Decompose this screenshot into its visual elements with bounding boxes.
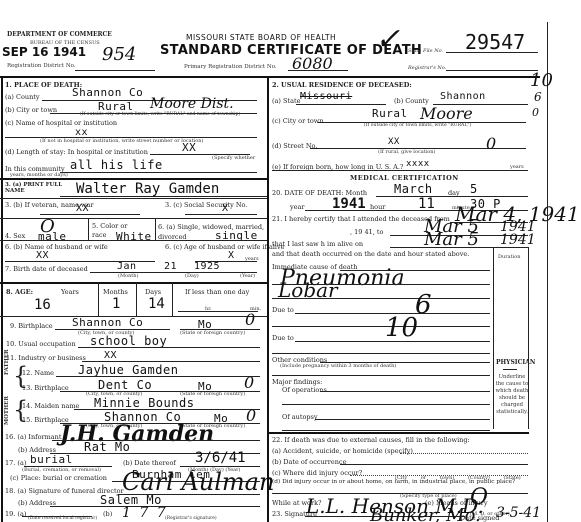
veteran-value: XX [76,203,89,214]
autopsy-label: Of autopsy [282,413,318,421]
age-years-value: 16 [34,297,51,313]
usual-residence-heading: 2. USUAL RESIDENCE OF DECEASED: [272,81,412,89]
residence-city-value: Rural [372,107,408,120]
burial-value: burial [30,453,73,466]
death-city-note: (If outside city or town limits, write "… [80,112,240,117]
father-side-label: FATHER [4,349,10,375]
birth-year-note: (Year) [240,273,255,279]
birth-month-value: Jan [117,261,137,272]
father-birthplace-value: Dent Co [98,378,152,392]
sex-value: male [38,230,67,243]
age-months-value: 1 [112,296,120,312]
birthplace-mark: 0 [245,310,255,329]
less-than-day-label: If less than one day [185,288,249,296]
residence-county-value: Shannon [440,91,486,102]
birthplace-label: 9. Birthplace [10,322,53,330]
residence-state-value: Missouri [300,91,352,102]
stay-label: (d) Length of stay: In hospital or insti… [5,148,148,156]
board-label: MISSOURI STATE BOARD OF HEALTH [186,33,336,42]
physician-note: Underline the cause to which death shoul… [495,374,529,416]
social-security-value: X [222,203,229,214]
external-causes-label: 22. If death was due to external causes,… [272,436,470,444]
mother-maiden-label: 14. Maiden name [22,402,79,410]
mother-maiden-value: Minnie Bounds [94,396,194,410]
attended-to-label: , 19 41, to [350,228,383,236]
registrar-b-label: (b) [103,510,112,518]
color-value: White [116,230,152,243]
birth-month-note: (Month) [118,273,138,279]
mother-side-label: MOTHER [4,396,10,425]
sex-label: 4. Sex [5,232,25,240]
physician-label: PHYSICIAN [496,359,535,366]
informant-address-value: Rat Mo [84,440,130,454]
burial-note: (Burial, cremation, or removal) [22,467,101,473]
last-seen-year: 1941 [500,232,536,248]
death-county-label: (a) County [5,93,40,101]
death-county-value: Shannon Co [72,86,143,99]
occurrence-date-label: (b) Date of occurrence [272,458,346,466]
registration-district-label: Registration District No. [7,63,76,69]
registration-district-value: 954 [102,44,136,65]
death-year-label: year [290,203,305,211]
last-seen-label: that I last saw h im alive on [272,240,363,248]
state-file-label: State File No. [408,48,443,54]
birth-day-note: (Day) [185,273,199,279]
registrar-no-label: Registrar's No. [408,65,446,71]
residence-street-note: (If rural, give location) [378,149,435,155]
residence-city-hand: Moore [420,104,473,123]
funeral-director-signature: Carl Aulman [122,468,274,496]
age-months-label: Months [103,288,128,296]
age-label: 8. AGE: [6,288,33,296]
death-day-value: 5 [470,182,478,196]
full-name-label: 3. (a) PRINT FULL NAME [5,182,65,194]
industry-value: XX [104,350,117,361]
birthplace-state-note: (State or foreign country) [180,330,245,336]
age-years-label: Years [61,288,79,296]
burial-date-label: (b) Date thereof [123,459,176,467]
spouse-age-label: 6. (c) Age of husband or wife if alive [165,243,285,251]
spouse-name-label: 6. (b) Name of husband or wife [5,243,108,251]
burial-date-value: 3/6/41 [195,450,246,466]
social-security-label: 3. (c) Social Security No. [165,201,247,209]
spouse-name-value: XX [36,250,49,261]
registrar-b-note: (Registrar's signature) [165,516,217,521]
death-city-hand: Moore Dist. [150,96,234,112]
duration-label: Duration [498,254,520,260]
age-days-value: 14 [148,296,165,312]
death-occurred-label: and that death occurred on the date and … [272,250,469,258]
injury-location-label: (c) Where did injury occur? [272,469,362,477]
burial-place-label: (c) Place: burial or cremation [10,474,107,482]
hospital-note: (If not in hospital or institution, writ… [40,138,203,144]
place-of-death-heading: 1. PLACE OF DEATH: [5,81,82,89]
due-to-value-mark: 10 [385,313,418,343]
industry-label: 11. Industry or business [6,354,86,362]
stay-note: (Specify whether [212,155,255,161]
medical-certification-heading: MEDICAL CERTIFICATION [350,174,459,182]
hospital-label: (c) Name of hospital or institution [5,119,117,127]
residence-street-value: XX [388,137,400,147]
father-birth-mark: 0 [244,373,254,392]
accident-label: (a) Accident, suicide, or homicide (spec… [272,447,413,455]
registrar-note: (Date received local registrar) [28,516,97,521]
father-name-label: 12. Name [22,369,54,377]
margin-mark: 10 [530,70,553,91]
state-file-number: 29547 [465,30,525,54]
check-mark-icon: ✓ [375,22,400,57]
community-value: all his life [70,158,163,172]
spouse-age-value: X [228,250,235,261]
birth-year-value: 1925 [194,261,220,272]
street-mark: 0 [486,134,496,153]
birth-day-value: 21 [164,261,177,272]
other-conditions-note: (Include pregnancy within 3 months of de… [280,363,396,369]
date-signed-value: 3-5-41 [496,505,541,521]
due-to-1-label: Due to [272,306,294,314]
received-stamp: SEP 16 1941 [2,45,86,59]
margin-mark-3: 0 [532,106,539,119]
residence-city-note: (If outside city or town limits, write "… [364,123,471,128]
due-to-2-label: Due to [272,334,294,342]
foreign-born-value: xxxx [406,159,430,169]
occupation-label: 10. Usual occupation [6,340,76,348]
date-signed-label: Date signed [460,514,499,522]
operations-label: Of operations [282,386,327,394]
death-month-value: March [394,182,433,196]
stay-value: XX [182,141,196,154]
occupation-value: school boy [90,334,167,348]
department-label: DEPARTMENT OF COMMERCE [7,31,112,38]
residence-city-label: (c) City or town [272,117,324,125]
registrar-b-value: 1 7 7 [122,505,168,521]
major-findings-label: Major findings: [272,378,322,386]
age-days-label: Days [145,288,161,296]
birth-date-label: 7. Birth date of deceased [5,265,88,273]
margin-mark-2: 6 [534,90,542,104]
father-name-value: Jayhue Gamden [78,363,178,377]
full-name-value: Walter Ray Gamden [76,181,219,197]
primary-reg-label: Primary Registration District No. [184,64,277,70]
birthplace-value: Shannon Co [72,316,143,329]
